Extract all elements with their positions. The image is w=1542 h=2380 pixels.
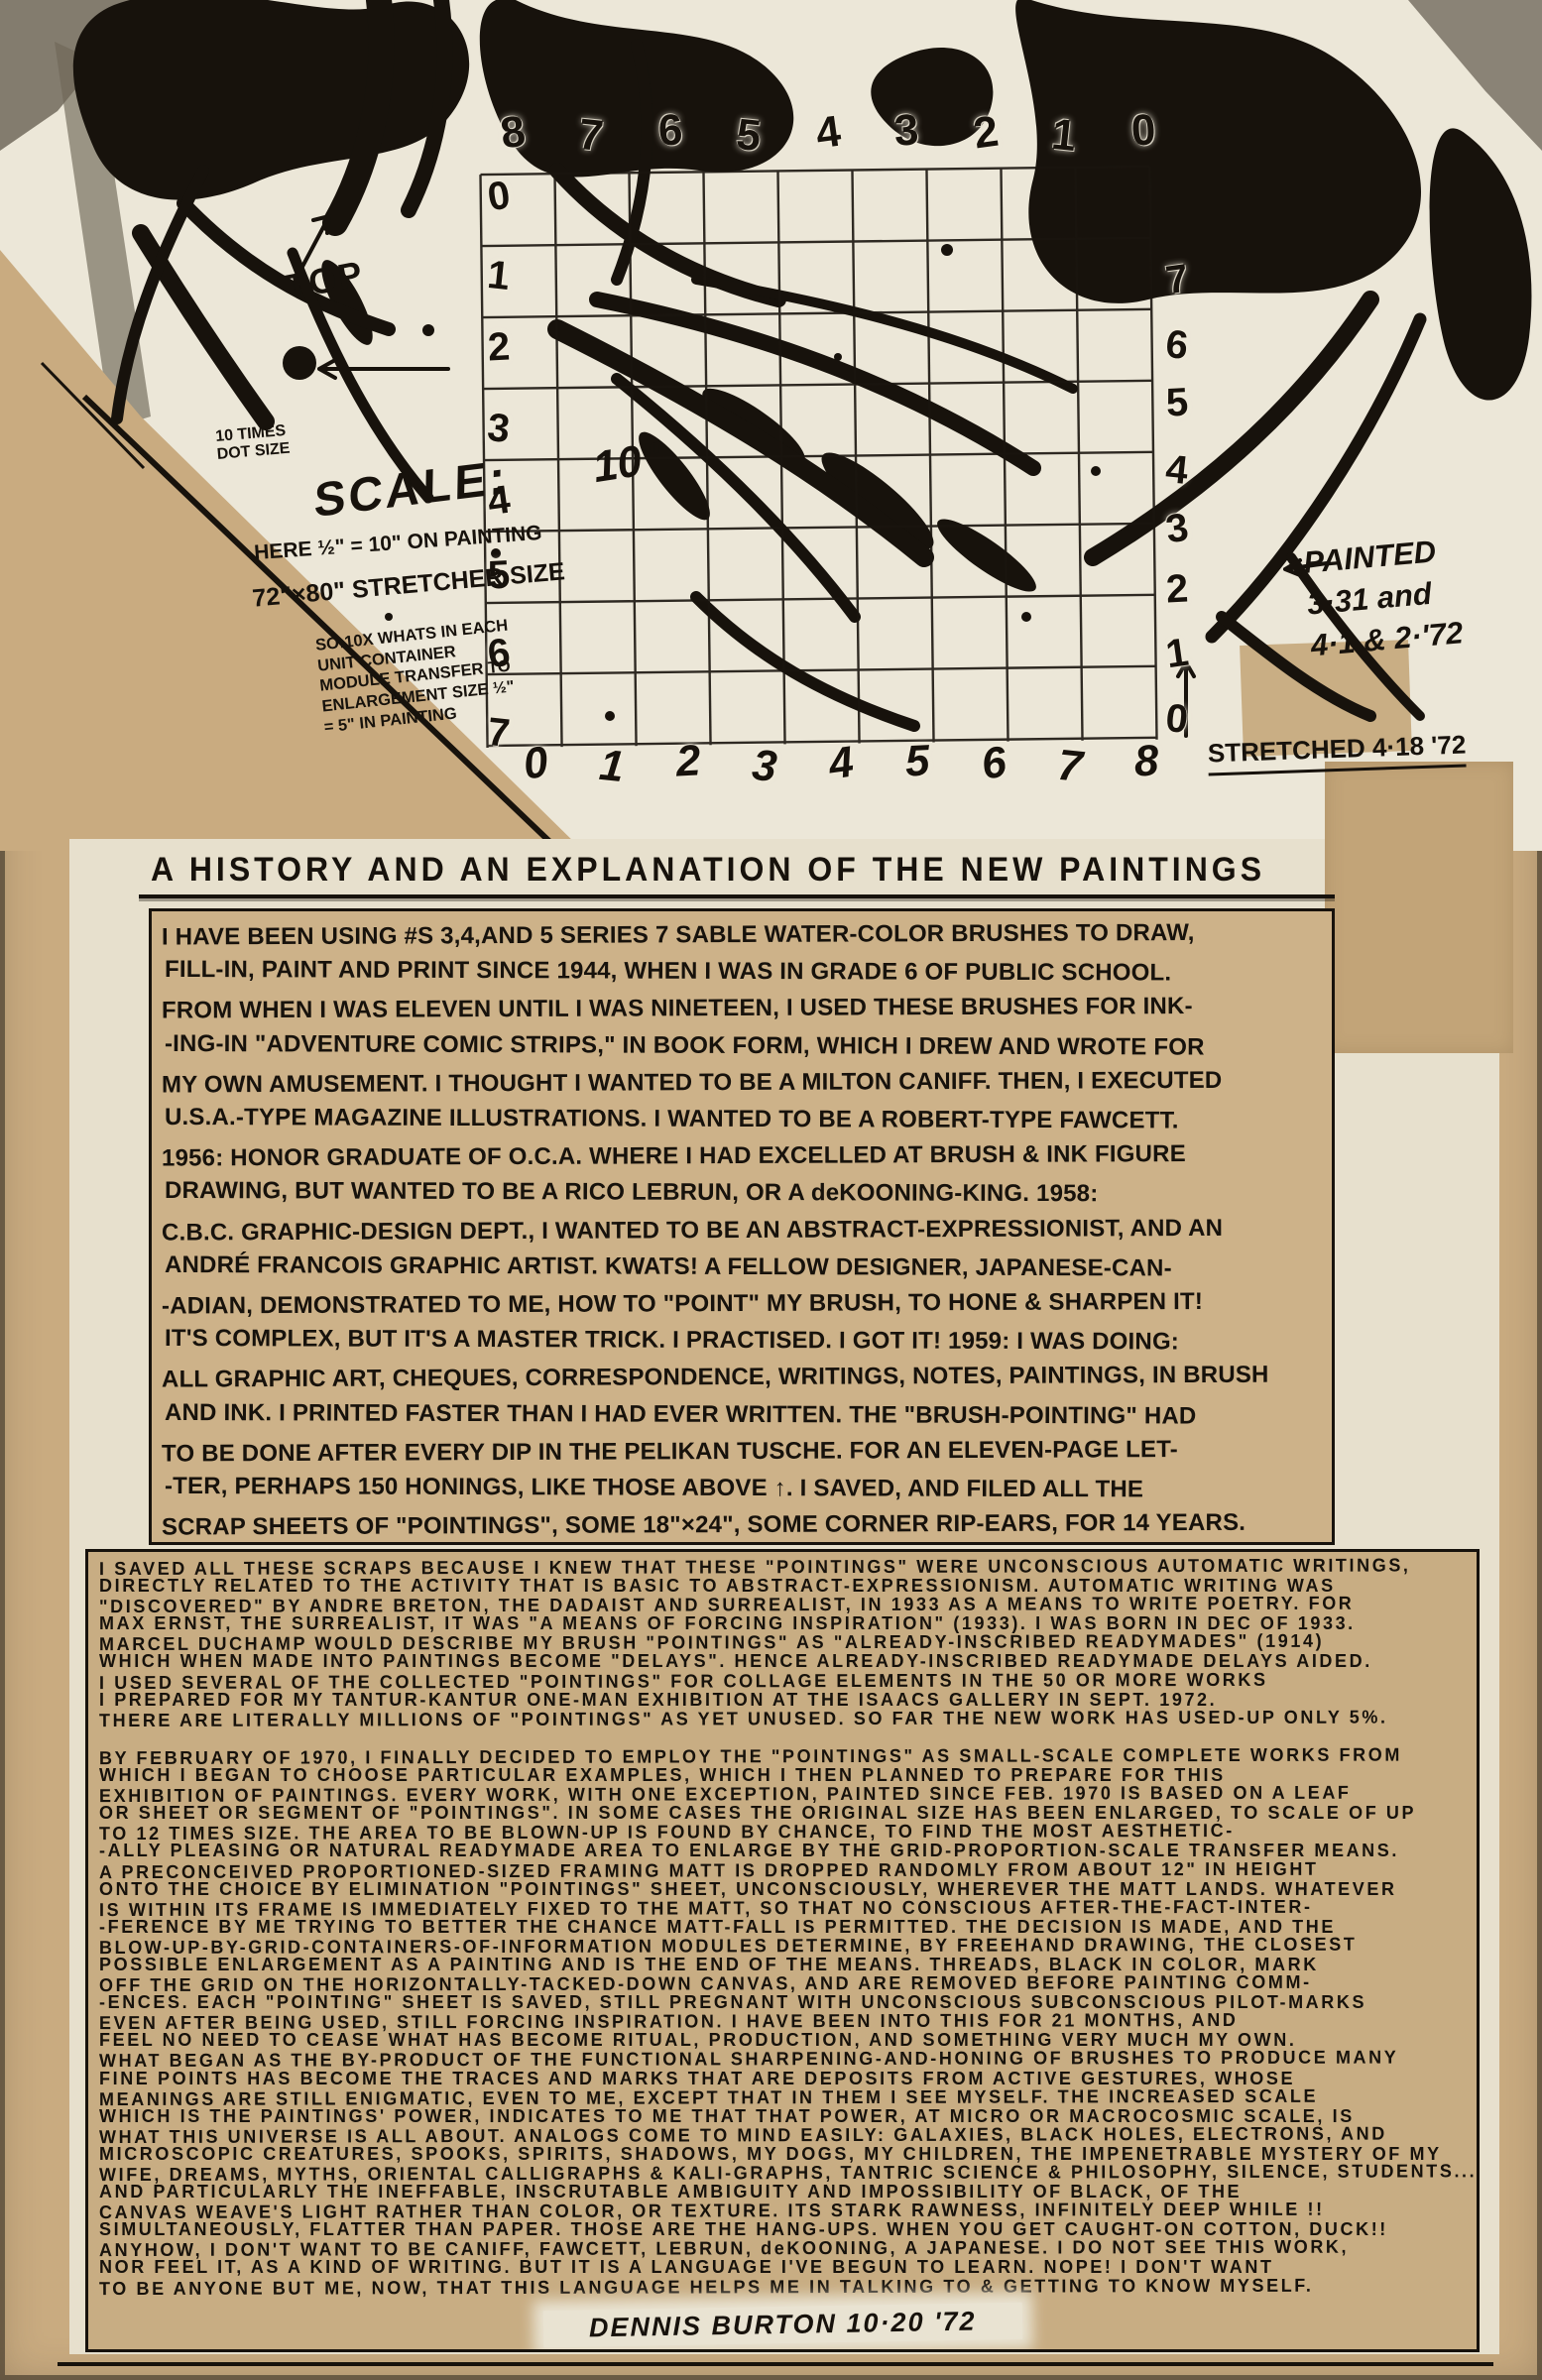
grid-number: 6 (657, 108, 684, 153)
grid-number: 1 (597, 744, 626, 789)
grid-number: 4 (1164, 448, 1190, 490)
handwritten-line: TO BE DONE AFTER EVERY DIP IN THE PELIKA… (162, 1430, 1322, 1472)
bottom-rule (58, 2362, 1493, 2366)
grid-number: 1 (1163, 633, 1191, 675)
tan-paper-patch (1325, 762, 1513, 1053)
grid-number: 0 (485, 176, 513, 218)
handwritten-line: -TER, PERHAPS 150 HONINGS, LIKE THOSE AB… (165, 1468, 1325, 1508)
handwritten-line: U.S.A.-TYPE MAGAZINE ILLUSTRATIONS. I WA… (165, 1099, 1325, 1139)
grid-number: 1 (486, 255, 512, 297)
grid-number: 2 (1165, 569, 1189, 610)
handwritten-line: FILL-IN, PAINT AND PRINT SINCE 1944, WHE… (165, 951, 1325, 992)
grid-number: 4 (826, 741, 856, 787)
handwritten-line: C.B.C. GRAPHIC-DESIGN DEPT., I WANTED TO… (162, 1209, 1322, 1250)
handwritten-line: THERE ARE LITERALLY MILLIONS OF "POINTIN… (99, 1707, 1466, 1730)
history-heading: A HISTORY AND AN EXPLANATION OF THE NEW … (151, 850, 1321, 890)
grid-numbers-top: 876543210 (501, 111, 1155, 155)
grid-number: 0 (1164, 698, 1190, 740)
heading-rule (139, 894, 1335, 898)
handwritten-line: I HAVE BEEN USING #S 3,4,AND 5 SERIES 7 … (162, 913, 1322, 955)
grid-number: 3 (486, 407, 512, 448)
paragraph-2-lines: I SAVED ALL THESE SCRAPS BECAUSE I KNEW … (99, 1558, 1466, 2297)
handwritten-line: SCRAP SHEETS OF "POINTINGS", SOME 18"×24… (162, 1504, 1322, 1545)
history-paragraph-1: I HAVE BEEN USING #S 3,4,AND 5 SERIES 7 … (149, 908, 1335, 1545)
grid-numbers-bottom: 012345678 (524, 742, 1158, 785)
grid-number: 3 (1163, 508, 1191, 550)
unit-transfer-note: SO:10X WHATS IN EACH UNIT CONTAINER MODU… (314, 615, 528, 738)
handwritten-line: MY OWN AMUSEMENT. I THOUGHT I WANTED TO … (162, 1061, 1322, 1103)
grid-number: 8 (498, 110, 528, 157)
handwritten-line: 1956: HONOR GRADUATE OF O.C.A. WHERE I H… (162, 1135, 1322, 1177)
handwritten-line: AND INK. I PRINTED FASTER THAN I HAD EVE… (165, 1394, 1325, 1435)
handwritten-line: ALL GRAPHIC ART, CHEQUES, CORRESPONDENCE… (162, 1357, 1322, 1398)
handwritten-line: -ING-IN "ADVENTURE COMIC STRIPS," IN BOO… (165, 1025, 1325, 1066)
grid-number: 2 (675, 739, 702, 783)
dot-size-dot (283, 346, 316, 380)
handwritten-line: -ADIAN, DEMONSTRATED TO ME, HOW TO "POIN… (162, 1282, 1322, 1324)
grid-number: 1 (1050, 113, 1079, 159)
grid-number: 3 (750, 744, 778, 789)
handwritten-line: FROM WHEN I WAS ELEVEN UNTIL I WAS NINET… (162, 988, 1322, 1029)
grid-number: 6 (1164, 324, 1190, 366)
handwritten-line: TO BE ANYONE BUT ME, NOW, THAT THIS LANG… (99, 2275, 1466, 2299)
grid-number: 7 (1055, 744, 1084, 789)
grid-number: 0 (1129, 108, 1156, 153)
grid-number: 2 (971, 110, 1001, 157)
artist-signature: DENNIS BURTON 10·20 '72 (542, 2302, 1021, 2346)
grid-number: 2 (487, 326, 511, 367)
grid-number: 7 (577, 113, 606, 159)
grid-number: 7 (1163, 259, 1191, 301)
grid-number: 0 (521, 741, 550, 787)
grid-number: 5 (903, 739, 930, 783)
grid-number: 4 (813, 110, 843, 157)
grid-number: 5 (1165, 382, 1189, 422)
handwritten-line: DRAWING, BUT WANTED TO BE A RICO LEBRUN,… (165, 1172, 1325, 1213)
grid-numbers-right: 76543210 (1166, 260, 1188, 736)
grid-number: 5 (735, 113, 764, 159)
handwritten-line: ANDRÉ FRANCOIS GRAPHIC ARTIST. KWATS! A … (165, 1247, 1325, 1287)
grid-number: 3 (893, 108, 920, 153)
grid-number: 8 (1132, 739, 1159, 783)
artwork-photo: 876543210 012345678 01234567 76543210 TO… (0, 0, 1542, 2380)
signature-row: DENNIS BURTON 10·20 '72 (99, 2307, 1466, 2343)
grid-number: 6 (979, 741, 1008, 787)
handwritten-line: IT'S COMPLEX, BUT IT'S A MASTER TRICK. I… (165, 1320, 1325, 1361)
painted-date-note: PAINTED 3·31 and 4·1 & 2·'72 (1302, 530, 1465, 666)
history-paragraph-2: I SAVED ALL THESE SCRAPS BECAUSE I KNEW … (85, 1549, 1480, 2352)
